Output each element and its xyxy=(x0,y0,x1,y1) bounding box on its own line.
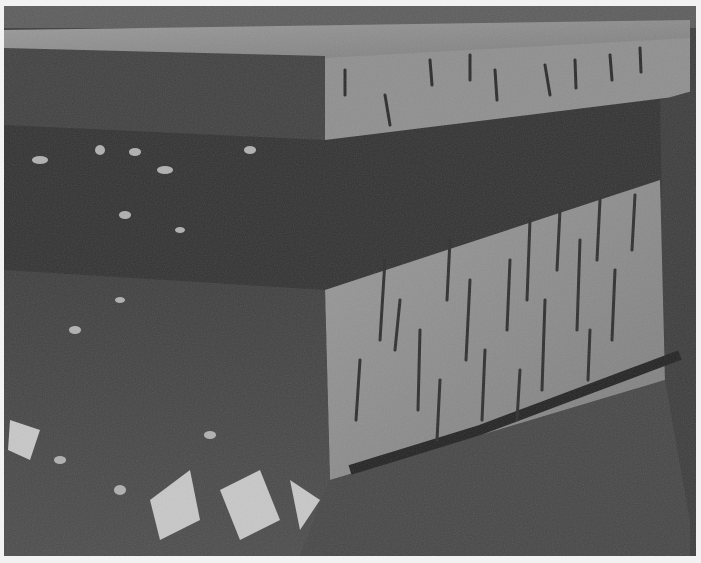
film-grain xyxy=(4,6,696,556)
beehive-photograph xyxy=(0,0,701,563)
photo-canvas xyxy=(0,0,701,563)
